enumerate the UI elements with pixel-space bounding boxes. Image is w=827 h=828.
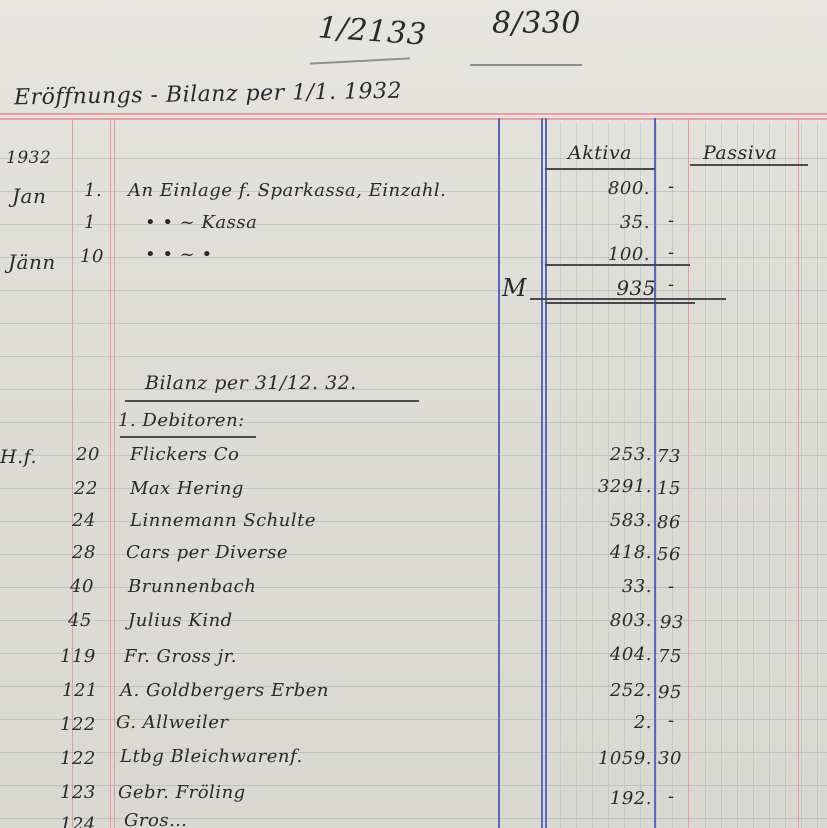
year-label: 1932 xyxy=(6,148,51,168)
debtor-cents: - xyxy=(668,710,675,731)
debtor-cents: 75 xyxy=(658,646,682,667)
passiva-right-rule xyxy=(798,118,799,828)
debtor-ref: 121 xyxy=(62,680,98,701)
pencil-reference-1: 1/2133 xyxy=(317,10,428,52)
debtor-amount: 1059. xyxy=(560,748,652,769)
aktiva-header: Aktiva xyxy=(568,142,632,164)
debtor-cents: 73 xyxy=(657,446,681,467)
subtotal-underline xyxy=(545,264,690,266)
header-red-rule-2 xyxy=(0,118,827,120)
header-red-rule-1 xyxy=(0,113,827,115)
debtor-name: Julius Kind xyxy=(128,610,233,631)
currency-mark: M xyxy=(502,274,527,302)
balance-title-underline xyxy=(125,400,419,402)
pencil-underline-2 xyxy=(470,64,582,66)
section-heading-underline xyxy=(120,436,256,438)
entry-cents: - xyxy=(668,242,675,263)
margin-note: H.f. xyxy=(0,446,37,468)
aktiva-left-rule-1 xyxy=(541,118,543,828)
debtor-ref: 119 xyxy=(60,646,96,667)
entry-text: • • ~ • xyxy=(145,244,213,265)
entry-amount: 100. xyxy=(570,244,650,265)
debtor-cents: 56 xyxy=(657,544,681,565)
debtor-name: Gebr. Fröling xyxy=(118,782,246,803)
debtor-name: G. Allweiler xyxy=(116,712,229,733)
pencil-reference-2: 8/330 xyxy=(492,6,581,41)
debtor-amount: 252. xyxy=(560,680,652,701)
debtor-name: Max Hering xyxy=(130,478,244,499)
debtor-amount: 253. xyxy=(560,444,652,465)
debtor-cents: - xyxy=(668,576,675,597)
passiva-header-underline xyxy=(690,164,808,166)
debtor-name: A. Goldbergers Erben xyxy=(120,680,329,701)
debtor-amount: 803. xyxy=(560,610,652,631)
ref-column-rule-1 xyxy=(110,118,111,828)
entry-text: An Einlage f. Sparkassa, Einzahl. xyxy=(128,180,446,201)
entry-day: 1 xyxy=(84,212,96,233)
entry-amount: 800. xyxy=(570,178,650,199)
balance-title: Bilanz per 31/12. 32. xyxy=(145,372,357,394)
passiva-left-rule xyxy=(688,118,689,828)
aktiva-left-rule-2 xyxy=(545,118,547,828)
debtor-name: Cars per Diverse xyxy=(126,542,288,563)
debtor-amount: 418. xyxy=(560,542,652,563)
debtor-amount: 192. xyxy=(560,788,652,809)
debtor-cents: 86 xyxy=(657,512,681,533)
aktiva-header-underline xyxy=(545,168,655,170)
section-heading: 1. Debitoren: xyxy=(118,410,245,431)
total-double-underline-2 xyxy=(545,302,695,304)
passiva-grid xyxy=(690,122,827,828)
entry-month: Jan xyxy=(12,184,46,208)
ledger-page: 1/2133 8/330 Eröffnungs - Bilanz per 1/1… xyxy=(0,0,827,828)
entry-amount: 35. xyxy=(570,212,650,233)
entry-cents: - xyxy=(668,210,675,231)
debtor-ref: 24 xyxy=(72,510,96,531)
pencil-underline-1 xyxy=(310,57,410,64)
debtor-ref: 122 xyxy=(60,714,96,735)
debtor-amount: 3291. xyxy=(560,476,652,497)
debtor-amount: 404. xyxy=(560,644,652,665)
debtor-name: Ltbg Bleichwarenf. xyxy=(120,746,303,767)
debtor-cents: 95 xyxy=(658,682,682,703)
debtor-ref: 20 xyxy=(76,444,100,465)
debtor-ref: 124 xyxy=(60,814,96,828)
debtor-ref: 123 xyxy=(60,782,96,803)
entry-day: 10 xyxy=(80,246,104,267)
debtor-ref: 28 xyxy=(72,542,96,563)
debtor-name: Brunnenbach xyxy=(128,576,256,597)
debtor-amount: 33. xyxy=(560,576,652,597)
debtor-cents: 30 xyxy=(658,748,682,769)
debtor-name: Linnemann Schulte xyxy=(130,510,316,531)
debtor-name: Gros… xyxy=(124,810,188,828)
debtor-cents: - xyxy=(668,786,675,807)
debtor-cents: 93 xyxy=(660,612,684,633)
total-cents: - xyxy=(668,274,675,295)
debtor-amount: 583. xyxy=(560,510,652,531)
debtor-ref: 122 xyxy=(60,748,96,769)
passiva-header: Passiva xyxy=(703,142,777,164)
debtor-ref: 45 xyxy=(68,610,92,631)
debtor-ref: 40 xyxy=(70,576,94,597)
debtor-name: Fr. Gross jr. xyxy=(124,646,237,667)
entry-month: Jänn xyxy=(8,250,56,274)
debtor-name: Flickers Co xyxy=(130,444,239,465)
total-amount: 935 xyxy=(570,276,656,300)
entry-cents: - xyxy=(668,176,675,197)
page-title: Eröffnungs - Bilanz per 1/1. 1932 xyxy=(14,79,402,111)
text-column-rule xyxy=(498,118,500,828)
ref-column-rule-2 xyxy=(114,118,115,828)
entry-day: 1. xyxy=(84,180,102,201)
entry-text: • • ~ Kassa xyxy=(145,212,257,233)
aktiva-cents-rule xyxy=(654,118,656,828)
debtor-ref: 22 xyxy=(74,478,98,499)
debtor-cents: 15 xyxy=(657,478,681,499)
debtor-amount: 2. xyxy=(560,712,652,733)
total-double-underline-1 xyxy=(530,298,726,300)
